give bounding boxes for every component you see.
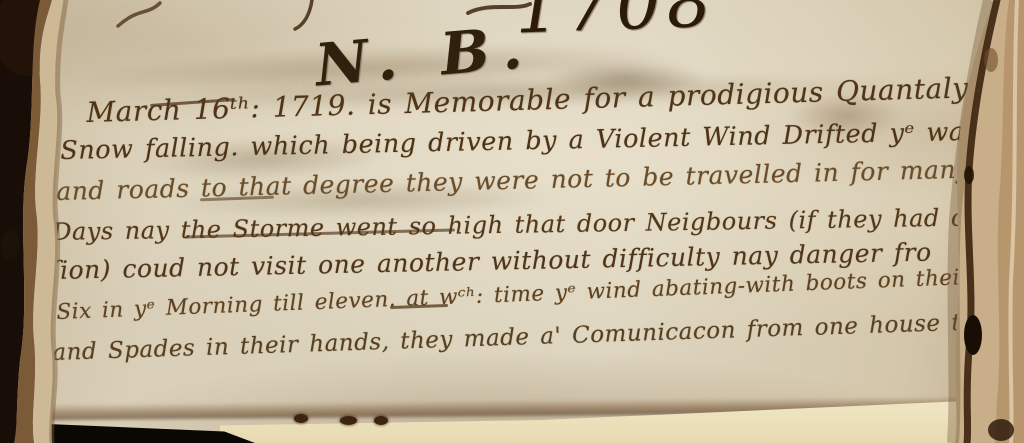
wormhole (294, 414, 308, 423)
manuscript-photo: 1708 N. B. March 16ᵗʰ: 1719. is Memorabl… (0, 0, 1024, 443)
book-gutter-edge (0, 0, 95, 443)
torn-page-edge (939, 0, 1024, 443)
wormhole (374, 416, 388, 425)
wormhole (340, 416, 357, 425)
cutoff-year: 1708 (514, 0, 719, 50)
